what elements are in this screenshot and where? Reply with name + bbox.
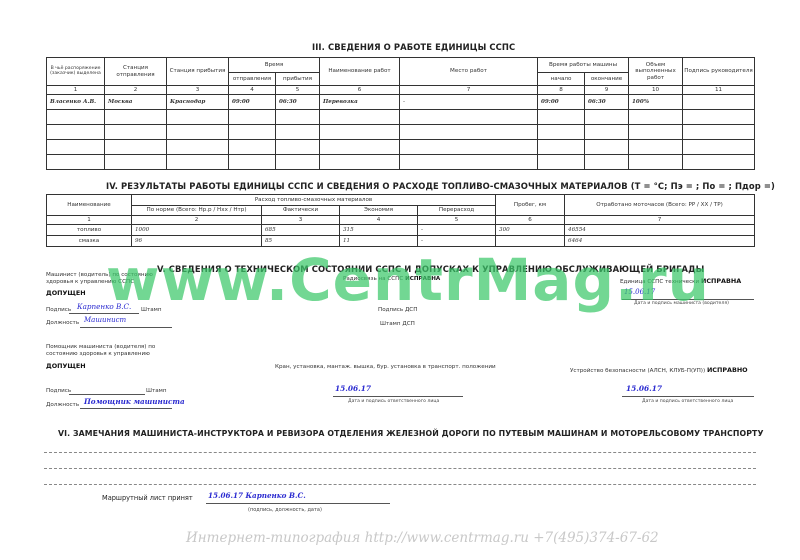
table-cell[interactable] <box>105 155 167 170</box>
col-header-machine-time: Время работы машины <box>538 58 629 73</box>
table-cell[interactable]: 100% <box>629 95 683 110</box>
col-number: 1 <box>47 216 132 225</box>
footer-text: Интернет-типография http://www.centrmag.… <box>186 530 659 546</box>
col-number: 2 <box>132 216 262 225</box>
table-cell[interactable] <box>320 125 400 140</box>
table-cell-name: топливо <box>47 225 132 236</box>
fuel-table: Наименование Расход топливо-смазочных ма… <box>46 194 755 247</box>
safety-caption: Дата и подпись ответственного лица <box>642 399 733 404</box>
assistant-admitted-status: ДОПУЩЕН <box>46 362 86 370</box>
unit-status: ИСПРАВНА <box>701 277 741 285</box>
table-cell[interactable] <box>167 140 229 155</box>
table-cell[interactable] <box>683 110 755 125</box>
col-number: 5 <box>276 86 320 95</box>
col-number: 9 <box>585 86 629 95</box>
table-cell[interactable]: Перевозка <box>320 95 400 110</box>
unit-caption: Дата и подпись машиниста (водителя) <box>634 301 729 306</box>
col-header-start: начало <box>538 73 585 86</box>
table-cell[interactable] <box>229 125 276 140</box>
table-cell-name: смазка <box>47 236 132 247</box>
remark-line-2[interactable] <box>44 468 756 469</box>
route-signature-line[interactable] <box>206 503 390 504</box>
table-cell[interactable] <box>167 155 229 170</box>
table-cell[interactable] <box>585 140 629 155</box>
table-cell[interactable] <box>683 155 755 170</box>
table-cell-economy[interactable]: 315 <box>340 225 418 236</box>
col-header-departure-time: отправления <box>229 73 276 86</box>
table-cell[interactable]: Краснодар <box>167 95 229 110</box>
table-cell[interactable]: Власенко А.В. <box>47 95 105 110</box>
table-cell[interactable]: 09:00 <box>538 95 585 110</box>
table-cell[interactable] <box>683 140 755 155</box>
crane-label: Кран, установка, мантаж. вышка, бур. уст… <box>275 364 496 370</box>
table-cell-economy[interactable]: 11 <box>340 236 418 247</box>
table-cell-mileage[interactable] <box>496 236 565 247</box>
table-cell[interactable] <box>276 110 320 125</box>
radio-label-text: Радиосвязь на ССПС <box>343 276 403 282</box>
safety-status: ИСПРАВНО <box>707 366 748 374</box>
section6-title: VI. ЗАМЕЧАНИЯ МАШИНИСТА-ИНСТРУКТОРА И РЕ… <box>58 429 764 438</box>
table-cell-overuse[interactable]: - <box>418 236 496 247</box>
col-header-work-name: Наименование работ <box>320 58 400 86</box>
unit-signature-line[interactable] <box>622 299 754 300</box>
col-header-customer: В чьё распоряжение (заказчик) выделена <box>47 58 105 86</box>
crane-date: 15.06.17 <box>335 384 371 393</box>
col-number: 3 <box>167 86 229 95</box>
table-row: Власенко А.В.МоскваКраснодар09:0006:30Пе… <box>47 95 755 110</box>
table-row <box>47 140 755 155</box>
assistant-position-value: Помощник машиниста <box>84 397 185 406</box>
table-cell-motohours[interactable]: 6464 <box>565 236 755 247</box>
dsp-stamp-label: Штамп ДСП <box>380 321 415 327</box>
col-header-departure-station: Станция отправления <box>105 58 167 86</box>
table-cell[interactable] <box>47 110 105 125</box>
table-cell[interactable]: Москва <box>105 95 167 110</box>
table-cell[interactable] <box>320 155 400 170</box>
col-number: 7 <box>400 86 538 95</box>
col-number: 3 <box>262 216 340 225</box>
unit-date: 15.06.17 <box>624 288 655 296</box>
driver-position-line[interactable] <box>80 327 172 328</box>
col-header-actual: Фактически <box>262 206 340 216</box>
col-number-row: 1 2 3 4 5 6 7 8 9 10 11 <box>47 86 755 95</box>
col-header-supervisor-signature: Подпись руководителя <box>683 58 755 86</box>
assistant-health-label: Помощник машиниста (водителя) по состоян… <box>46 344 176 357</box>
table-row <box>47 155 755 170</box>
table-cell[interactable] <box>538 140 585 155</box>
table-cell[interactable] <box>538 110 585 125</box>
table-cell[interactable] <box>276 155 320 170</box>
col-number: 11 <box>683 86 755 95</box>
col-header-arrival-time: прибытия <box>276 73 320 86</box>
col-header-norm: По норме (Всего: Нр.р / Нхх / Нтр) <box>132 206 262 216</box>
assistant-position-line[interactable] <box>80 408 172 409</box>
table-cell[interactable] <box>629 110 683 125</box>
route-accepted-label: Маршрутный лист принят <box>102 494 193 502</box>
table-cell[interactable] <box>538 155 585 170</box>
table-row: смазка968511-6464 <box>47 236 755 247</box>
driver-position-label: Должность <box>46 320 79 326</box>
unit-status-label: Единица ССПС технически ИСПРАВНА <box>620 277 741 285</box>
safety-signature-line[interactable] <box>622 396 754 397</box>
route-caption: (подпись, должность, дата) <box>248 507 322 513</box>
col-header-arrival-station: Станция прибытия <box>167 58 229 86</box>
safety-date: 15.06.17 <box>626 384 662 393</box>
table-cell[interactable] <box>229 140 276 155</box>
col-header-volume: Объем выполненных работ <box>629 58 683 86</box>
table-cell[interactable]: - <box>400 95 538 110</box>
work-table: В чьё распоряжение (заказчик) выделена С… <box>46 57 755 170</box>
assistant-signature-label: Подпись <box>46 388 71 394</box>
table-cell[interactable] <box>276 140 320 155</box>
table-row <box>47 110 755 125</box>
radio-label: Радиосвязь на ССПС ИСПРАВНА <box>343 276 440 282</box>
table-cell[interactable] <box>47 155 105 170</box>
table-cell[interactable] <box>47 140 105 155</box>
driver-position-value: Машинист <box>84 316 126 324</box>
radio-status: ИСПРАВНА <box>405 276 440 282</box>
crane-signature-line[interactable] <box>333 396 463 397</box>
col-header-time: Время <box>229 58 320 73</box>
col-number: 1 <box>47 86 105 95</box>
table-cell-norm[interactable]: 1000 <box>132 225 262 236</box>
table-cell[interactable] <box>400 155 538 170</box>
table-cell[interactable] <box>400 140 538 155</box>
col-number: 10 <box>629 86 683 95</box>
driver-signature-label: Подпись <box>46 307 71 313</box>
col-number: 6 <box>496 216 565 225</box>
table-cell[interactable] <box>167 125 229 140</box>
driver-signature-value: Карпенко В.С. <box>77 302 131 311</box>
assistant-position-label: Должность <box>46 402 79 408</box>
col-header-mileage: Пробег, км <box>496 195 565 216</box>
table-cell[interactable] <box>47 125 105 140</box>
table-cell[interactable] <box>629 155 683 170</box>
table-cell[interactable] <box>683 95 755 110</box>
col-header-economy: Экономия <box>340 206 418 216</box>
table-cell[interactable] <box>585 155 629 170</box>
route-accepted-value: 15.06.17 Карпенко В.С. <box>208 491 306 500</box>
table-cell[interactable]: 06:30 <box>585 95 629 110</box>
table-cell[interactable] <box>683 125 755 140</box>
table-cell-mileage[interactable]: 300 <box>496 225 565 236</box>
table-cell[interactable] <box>105 110 167 125</box>
col-number: 2 <box>105 86 167 95</box>
table-cell-norm[interactable]: 96 <box>132 236 262 247</box>
col-number: 4 <box>340 216 418 225</box>
safety-label: Устройство безопасности (АЛСН, КЛУБ-П(УП… <box>570 366 748 374</box>
table-cell[interactable] <box>229 155 276 170</box>
section3-title: III. СВЕДЕНИЯ О РАБОТЕ ЕДИНИЦЫ ССПС <box>312 42 515 52</box>
driver-admitted-status: ДОПУЩЕН <box>46 289 86 297</box>
table-row <box>47 125 755 140</box>
table-cell[interactable] <box>629 140 683 155</box>
table-cell[interactable]: 09:00 <box>229 95 276 110</box>
col-number: 6 <box>320 86 400 95</box>
col-header-end: окончание <box>585 73 629 86</box>
safety-label-text: Устройство безопасности (АЛСН, КЛУБ-П(УП… <box>570 368 705 374</box>
table-cell-overuse[interactable]: - <box>418 225 496 236</box>
col-number: 5 <box>418 216 496 225</box>
driver-signature-line[interactable] <box>69 313 139 314</box>
crane-caption: Дата и подпись ответственного лица <box>348 399 439 404</box>
driver-stamp-label: Штамп <box>141 307 162 313</box>
table-cell[interactable] <box>538 125 585 140</box>
col-header-name: Наименование <box>47 195 132 216</box>
table-cell[interactable] <box>585 110 629 125</box>
table-cell[interactable] <box>276 125 320 140</box>
col-header-motohours: Отработано моточасов (Всего: РР / ХХ / Т… <box>565 195 755 216</box>
remark-line-3[interactable] <box>44 484 756 485</box>
col-number: 7 <box>565 216 755 225</box>
assistant-signature-line[interactable] <box>69 394 145 395</box>
col-number: 8 <box>538 86 585 95</box>
table-cell[interactable] <box>585 125 629 140</box>
driver-health-label: Машинист (водитель) по состоянию здоровь… <box>46 272 171 285</box>
table-cell[interactable] <box>320 110 400 125</box>
table-cell[interactable] <box>105 125 167 140</box>
table-cell[interactable]: 06:30 <box>276 95 320 110</box>
table-cell[interactable] <box>105 140 167 155</box>
table-cell-actual[interactable]: 85 <box>262 236 340 247</box>
dsp-signature-label: Подпись ДСП <box>378 307 417 313</box>
col-number: 4 <box>229 86 276 95</box>
table-row: топливо1000685315-30046554 <box>47 225 755 236</box>
table-cell[interactable] <box>629 125 683 140</box>
col-header-consumption: Расход топливо-смазочных материалов <box>132 195 496 206</box>
table-cell[interactable] <box>229 110 276 125</box>
section5-title: V. СВЕДЕНИЯ О ТЕХНИЧЕСКОМ СОСТОЯНИИ ССПС… <box>157 264 704 274</box>
table-cell[interactable] <box>400 125 538 140</box>
assistant-stamp-label: Штамп <box>146 388 167 394</box>
col-header-overuse: Перерасход <box>418 206 496 216</box>
unit-label-text: Единица ССПС технически <box>620 279 699 285</box>
table-cell[interactable] <box>320 140 400 155</box>
table-cell-motohours[interactable]: 46554 <box>565 225 755 236</box>
table-cell-actual[interactable]: 685 <box>262 225 340 236</box>
table-cell[interactable] <box>167 110 229 125</box>
section4-title: IV. РЕЗУЛЬТАТЫ РАБОТЫ ЕДИНИЦЫ ССПС И СВЕ… <box>106 181 775 191</box>
col-header-work-place: Место работ <box>400 58 538 86</box>
remark-line-1[interactable] <box>44 452 756 453</box>
table-cell[interactable] <box>400 110 538 125</box>
